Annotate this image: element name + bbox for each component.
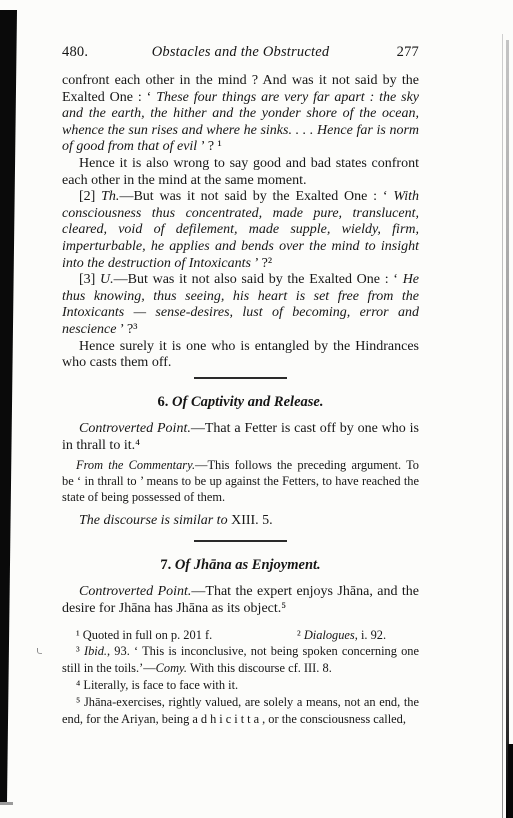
section-6-heading: 6. Of Captivity and Release. (62, 394, 419, 411)
text-run: Hence surely it is one who is entangled … (62, 339, 419, 371)
text-run: ’ ?³ (116, 322, 137, 337)
section-number: 6. (158, 394, 173, 410)
text-run: Hence it is also wrong to say good and b… (62, 156, 419, 188)
section-divider (194, 540, 287, 542)
footnote-marker: ³ (76, 644, 84, 658)
footnote-3: ³ Ibid., 93. ‘ This is inconclusive, not… (62, 643, 419, 677)
scan-edge-tick (0, 802, 13, 805)
text-run: The discourse is similar to (79, 513, 228, 528)
speaker-abbrev: U. (100, 272, 114, 287)
work-title: Dialogues (304, 628, 355, 642)
controverted-point-7: Controverted Point.—That the expert enjo… (62, 584, 419, 617)
footnote-4: ⁴ Literally, is face to face with it. (62, 677, 419, 694)
paragraph-hence-wrong: Hence it is also wrong to say good and b… (62, 156, 419, 189)
work-title: Comy. (156, 661, 187, 675)
label-run: Controverted Point. (79, 584, 191, 599)
section-ref: 480. (62, 44, 122, 61)
commentary-note-6: From the Commentary.—This follows the pr… (62, 458, 419, 506)
text-run: With this discourse cf. III. 8. (187, 661, 332, 675)
footnote-2: ² Dialogues, i. 92. (297, 627, 386, 644)
section-divider (194, 377, 287, 379)
scan-stray-mark (37, 648, 42, 654)
footnote-marker: ² (297, 628, 304, 642)
page-edge-line-dark (506, 40, 509, 818)
cross-reference: XIII. 5. (228, 513, 273, 528)
page-number: 277 (359, 44, 419, 61)
paragraph-continuation: confront each other in the mind ? And wa… (62, 73, 419, 156)
text-run: ⁴ Literally, is face to face with it. (76, 678, 238, 692)
section-title: Of Jhāna as Enjoyment. (175, 557, 321, 573)
work-title: Ibid. (84, 644, 107, 658)
text-run: , or the consciousness called, (262, 712, 406, 726)
paragraph-hence-surely: Hence surely it is one who is entangled … (62, 339, 419, 372)
footnote-1: ¹ Quoted in full on p. 201 f. (76, 628, 212, 642)
text-run: —But was it not also said by the Exalted… (114, 272, 403, 287)
footnote-5: ⁵ Jhāna-exercises, rightly valued, are s… (62, 694, 419, 728)
text-run: —But was it not said by the Exalted One … (119, 189, 393, 204)
speaker-abbrev: Th. (101, 189, 119, 204)
text-run: [2] (79, 189, 101, 204)
page-edge-line (502, 34, 503, 818)
controverted-point-6: Controverted Point.—That a Fetter is cas… (62, 421, 419, 454)
text-run: , i. 92. (355, 628, 386, 642)
label-run: Controverted Point. (79, 421, 191, 436)
paragraph-3-uttara: [3] U.—But was it not also said by the E… (62, 272, 419, 338)
paragraph-2-theravadin: [2] Th.—But was it not said by the Exalt… (62, 189, 419, 272)
text-run: [3] (79, 272, 100, 287)
discourse-reference: The discourse is similar to XIII. 5. (62, 513, 419, 530)
section-number: 7. (160, 557, 175, 573)
text-run: ’ ? ¹ (197, 139, 222, 154)
text-run: ’ ?² (251, 256, 272, 271)
scan-gutter-shadow (0, 10, 18, 802)
footnotes-block: ¹ Quoted in full on p. 201 f.² Dialogues… (62, 627, 419, 728)
scan-edge-strip (508, 744, 513, 818)
pali-term: adhicitta (192, 712, 262, 726)
running-title: Obstacles and the Obstructed (122, 44, 359, 61)
section-7-heading: 7. Of Jhāna as Enjoyment. (62, 557, 419, 574)
label-run: From the Commentary. (76, 458, 195, 472)
footnote-1-and-2: ¹ Quoted in full on p. 201 f.² Dialogues… (62, 627, 419, 644)
section-title: Of Captivity and Release. (172, 394, 323, 410)
page-header: 480. Obstacles and the Obstructed 277 (62, 44, 419, 61)
body-text: confront each other in the mind ? And wa… (62, 73, 419, 728)
page-content: 480. Obstacles and the Obstructed 277 co… (62, 44, 419, 728)
